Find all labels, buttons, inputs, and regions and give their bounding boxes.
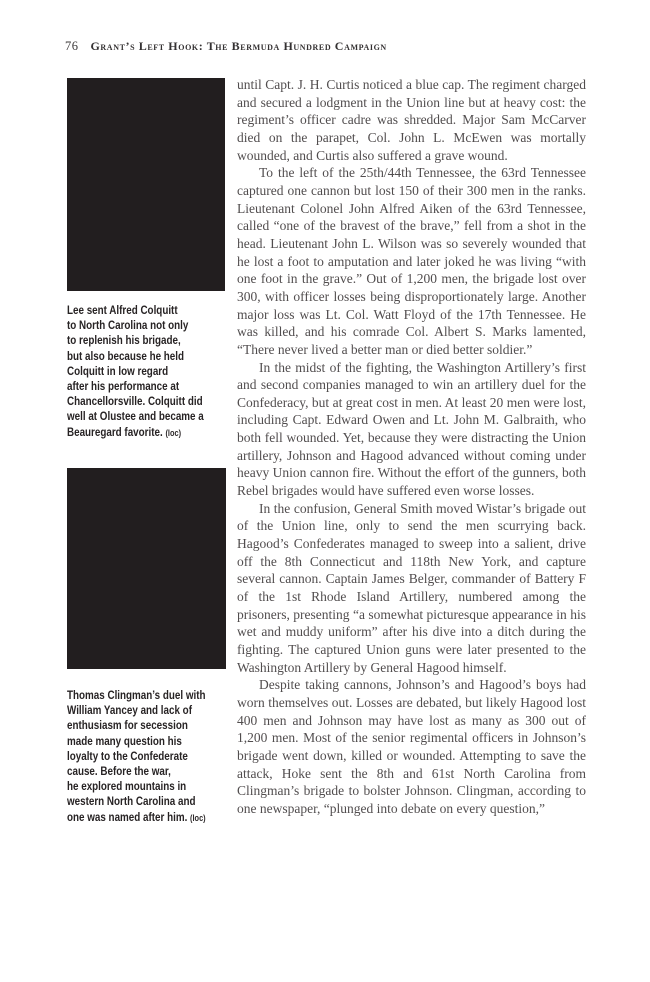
page-number: 76 — [65, 39, 79, 53]
body-paragraph-1: until Capt. J. H. Curtis noticed a blue … — [237, 76, 586, 164]
figure-caption-colquitt: Lee sent Alfred Colquitt to North Caroli… — [67, 303, 233, 441]
book-page: 76Grant’s Left Hook: The Bermuda Hundred… — [0, 0, 650, 982]
caption-text: Lee sent Alfred Colquitt to North Caroli… — [67, 303, 204, 439]
body-paragraph-4: In the confusion, General Smith moved Wi… — [237, 500, 586, 677]
running-header: 76Grant’s Left Hook: The Bermuda Hundred… — [65, 37, 387, 55]
body-text-column: until Capt. J. H. Curtis noticed a blue … — [237, 76, 586, 818]
figure-photo-clingman — [67, 468, 226, 669]
running-title: Grant’s Left Hook: The Bermuda Hundred C… — [91, 39, 387, 53]
figure-caption-clingman: Thomas Clingman’s duel with William Yanc… — [67, 688, 233, 826]
figure-photo-colquitt — [67, 78, 225, 291]
caption-credit: (loc) — [165, 428, 181, 438]
caption-text: Thomas Clingman’s duel with William Yanc… — [67, 688, 206, 824]
caption-credit: (loc) — [190, 813, 206, 823]
body-paragraph-3: In the midst of the fighting, the Washin… — [237, 359, 586, 500]
body-paragraph-2: To the left of the 25th/44th Tennessee, … — [237, 164, 586, 358]
body-paragraph-5: Despite taking cannons, Johnson’s and Ha… — [237, 676, 586, 817]
